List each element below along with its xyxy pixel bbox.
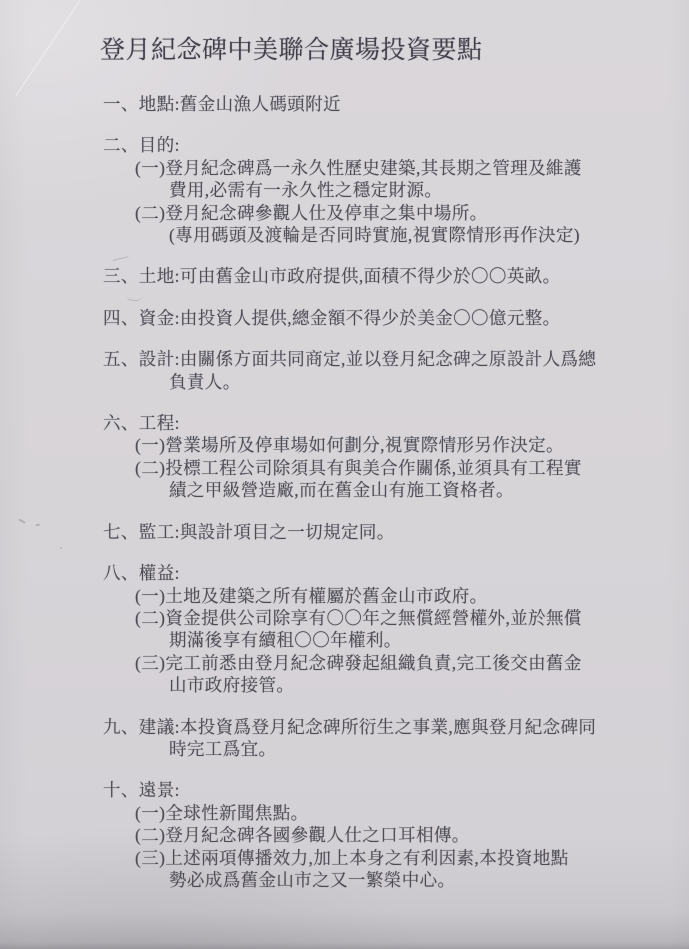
document-section: 一、地點:舊金山漁人碼頭附近 bbox=[103, 93, 689, 115]
text-line: (二)投標工程公司除須具有與美合作關係,並須具有工程實 bbox=[103, 457, 689, 479]
document-section: 三、土地:可由舊金山市政府提供,面積不得少於〇〇英畝。 bbox=[103, 265, 689, 287]
text-line: (專用碼頭及渡輪是否同時實施,視實際情形再作決定) bbox=[103, 224, 689, 246]
text-line: (二)登月紀念碑參觀人仕及停車之集中場所。 bbox=[103, 202, 689, 224]
document-section: 四、資金:由投資人提供,總金額不得少於美金〇〇億元整。 bbox=[103, 307, 689, 329]
text-line: (一)登月紀念碑爲一永久性歷史建築,其長期之管理及維護 bbox=[103, 157, 689, 179]
text-line: 負責人。 bbox=[103, 371, 689, 393]
text-line: 一、地點:舊金山漁人碼頭附近 bbox=[103, 93, 689, 115]
pencil-mark bbox=[17, 519, 25, 526]
text-line: 績之甲級營造廠,而在舊金山有施工資格者。 bbox=[103, 479, 689, 501]
text-line: (二)登月紀念碑各國參觀人仕之口耳相傳。 bbox=[103, 824, 689, 846]
text-line: 三、土地:可由舊金山市政府提供,面積不得少於〇〇英畝。 bbox=[103, 265, 689, 287]
text-line: 四、資金:由投資人提供,總金額不得少於美金〇〇億元整。 bbox=[103, 307, 689, 329]
text-line: 十、遠景: bbox=[103, 779, 689, 801]
document-title: 登月紀念碑中美聯合廣場投資要點 bbox=[100, 34, 689, 68]
text-line: 二、目的: bbox=[103, 134, 689, 156]
document-section: 二、目的:(一)登月紀念碑爲一永久性歷史建築,其長期之管理及維護費用,必需有一永… bbox=[103, 134, 689, 246]
document-section: 九、建議:本投資爲登月紀念碑所衍生之事業,應與登月紀念碑同時完工爲宜。 bbox=[103, 716, 689, 761]
text-line: 八、權益: bbox=[103, 562, 689, 584]
text-line: (二)資金提供公司除享有〇〇年之無償經營權外,並於無償 bbox=[103, 607, 689, 629]
paper-crease bbox=[16, 0, 83, 96]
text-line: 期滿後享有續租〇〇年權利。 bbox=[103, 629, 689, 651]
pencil-mark bbox=[36, 524, 41, 529]
text-line: 費用,必需有一永久性之穩定財源。 bbox=[103, 179, 689, 201]
document-content: 登月紀念碑中美聯合廣場投資要點 一、地點:舊金山漁人碼頭附近二、目的:(一)登月… bbox=[103, 34, 689, 891]
text-line: (三)上述兩項傳播效力,加上本身之有利因素,本投資地點 bbox=[103, 847, 689, 869]
text-line: (一)土地及建築之所有權屬於舊金山市政府。 bbox=[103, 585, 689, 607]
text-line: 勢必成爲舊金山市之又一繁榮中心。 bbox=[103, 869, 689, 891]
text-line: 五、設計:由關係方面共同商定,並以登月紀念碑之原設計人爲總 bbox=[103, 348, 689, 370]
document-section: 五、設計:由關係方面共同商定,並以登月紀念碑之原設計人爲總負責人。 bbox=[103, 348, 689, 393]
text-line: 時完工爲宜。 bbox=[103, 738, 689, 760]
pencil-mark bbox=[60, 547, 62, 549]
document-section: 十、遠景:(一)全球性新聞焦點。(二)登月紀念碑各國參觀人仕之口耳相傳。(三)上… bbox=[103, 779, 689, 891]
text-line: 山市政府接管。 bbox=[103, 674, 689, 696]
document-section: 七、監工:與設計項目之一切規定同。 bbox=[103, 521, 689, 543]
document-body: 一、地點:舊金山漁人碼頭附近二、目的:(一)登月紀念碑爲一永久性歷史建築,其長期… bbox=[103, 93, 689, 891]
text-line: 九、建議:本投資爲登月紀念碑所衍生之事業,應與登月紀念碑同 bbox=[103, 716, 689, 738]
document-section: 八、權益:(一)土地及建築之所有權屬於舊金山市政府。(二)資金提供公司除享有〇〇… bbox=[103, 562, 689, 696]
text-line: (一)全球性新聞焦點。 bbox=[103, 802, 689, 824]
scanned-document-page: 登月紀念碑中美聯合廣場投資要點 一、地點:舊金山漁人碼頭附近二、目的:(一)登月… bbox=[0, 0, 689, 949]
text-line: 六、工程: bbox=[103, 412, 689, 434]
document-section: 六、工程:(一)營業場所及停車場如何劃分,視實際情形另作決定。(二)投標工程公司… bbox=[103, 412, 689, 502]
text-line: (三)完工前悉由登月紀念碑發起組織負責,完工後交由舊金 bbox=[103, 652, 689, 674]
text-line: 七、監工:與設計項目之一切規定同。 bbox=[103, 521, 689, 543]
text-line: (一)營業場所及停車場如何劃分,視實際情形另作決定。 bbox=[103, 434, 689, 456]
